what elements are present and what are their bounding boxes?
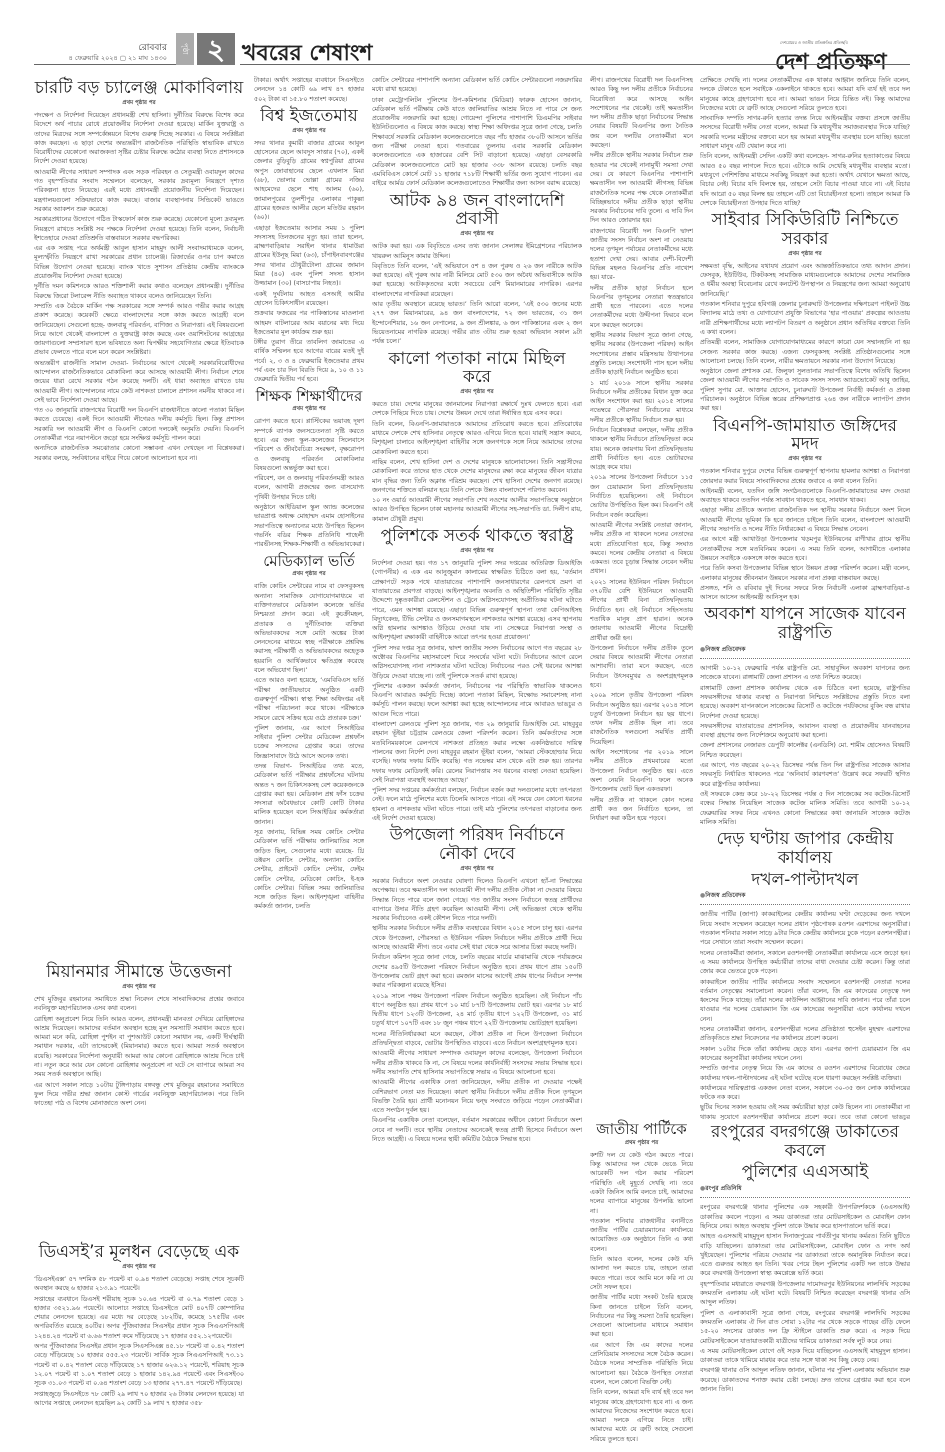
paragraph: বিবৃতিতে তিনি বলেন, ‘এই অভিযানে ৫শ ৪ জন … bbox=[372, 262, 582, 299]
paragraph: এর আগে মন্ত্রী আখাউড়া উপজেলার খড়মপুর ই… bbox=[700, 535, 910, 563]
divider bbox=[700, 658, 910, 659]
paragraph: দলের নেতাকর্মীরা জানান, সকালে রওশনপন্থী … bbox=[700, 949, 910, 977]
paragraph: এছাড়া দলীয় প্রতীকে অন্যান্য রাজনৈতিক দ… bbox=[700, 506, 910, 534]
paragraph: আইনমন্ত্রী বলেন, যতদিন জঙ্গি সংগঠনগুলোকে… bbox=[700, 487, 910, 506]
continued-label: প্রথম পৃষ্ঠার পর bbox=[254, 127, 364, 136]
paragraph: দলীয় প্রতীক না থাকলে কোন দলের প্রার্থী … bbox=[590, 796, 693, 824]
paragraph: রাজপথের বিরোধী দল বিএনপি দ্বাদশ জাতীয় স… bbox=[590, 227, 693, 283]
paragraph: আগামী ১০-১২ ফেব্রুয়ারি পর্যন্ত রাষ্ট্রপ… bbox=[700, 664, 910, 683]
article-myanmar: মিয়ানমার সীমান্তে উত্তেজনা প্রথম পৃষ্ঠা… bbox=[34, 960, 244, 1230]
paragraph: দলীয় প্রতীকে স্থানীয় সরকার নির্বাচন শু… bbox=[590, 151, 693, 225]
paragraph: ওই সফরকে কেন্দ্র করে ১৮-২২ ডিসেম্বর পর্য… bbox=[700, 790, 910, 827]
paragraph: জাতীয় পার্টির মধ্যে সংকট তৈরি হয়েছে কি… bbox=[590, 1293, 693, 1339]
paragraph: পদক্ষেপ ও নির্দেশনা দিয়েছেন প্রধানমন্ত্… bbox=[34, 111, 244, 167]
divider bbox=[700, 1197, 910, 1198]
paragraph: টঙ্গীর তুরাগ তীরে তাবলিগ জামাতের এ বার্ষ… bbox=[254, 338, 364, 384]
page-label: পৃষ্ঠা bbox=[176, 33, 194, 65]
article-local-election: লীগ। রাজপথের বিরোধী দল বিএনপিসহ আরও কিছু… bbox=[590, 76, 693, 823]
paragraph: তিনি আরও বলেন, দলের কেউ যদি আলাদা দল করত… bbox=[590, 1255, 693, 1292]
paragraph: পুলিশের একজন কর্মকর্তা জানান, নির্বাচনের… bbox=[372, 682, 582, 719]
continued-label: প্রথম পৃষ্ঠার পর bbox=[372, 547, 582, 556]
paragraph: এতে আরও বলা হয়েছে, ‘এমবিবিএস ভর্তি পরীক… bbox=[254, 676, 364, 722]
paragraph: উপজেলা নির্বাচনে দলীয় প্রতীক তুলে দেয়া… bbox=[590, 644, 693, 690]
paragraph: কশটি দল যে কেউ গঠন করতে পারে। কিন্তু আমা… bbox=[590, 1151, 693, 1216]
article-cyber: সাইবার সিকিউরিটি নিশ্চিতে সরকার প্রথম পৃ… bbox=[700, 211, 910, 413]
paragraph: সফরসঙ্গীদের যাতায়াতের প্রশাসনিক, আবাসন … bbox=[700, 722, 910, 741]
paragraph: সকাল ১০টার দিকে তাঁরা কার্যালয় ছেড়ে যা… bbox=[700, 1045, 910, 1064]
paragraph: কার্যালয়ের দায়িত্বপ্রাপ্ত একজন নেতা বল… bbox=[700, 1084, 910, 1103]
paragraph: কোচিং সেন্টারের পাশাপাশি অন্যান্য মেডিকা… bbox=[372, 76, 582, 95]
article-upazila: উপজেলা পরিষদ নির্বাচনে নৌকা দেবে প্রথম প… bbox=[372, 826, 582, 1144]
masthead-rule-right bbox=[240, 64, 910, 65]
issue-date: ৪ ফেব্রুয়ারি ২০২৪ ▢ ২১ মাঘ ১৪৩০ bbox=[69, 53, 167, 64]
paragraph: শেখ মুজিবুর রহমানের সমাধিতে শ্রদ্ধা নিবে… bbox=[34, 995, 244, 1014]
article-sajek: অবকাশ যাপনে সাজেক যাবেন রাষ্ট্রপতি নিজস্… bbox=[700, 605, 910, 827]
continued-label: প্রথম পৃষ্ঠার পর bbox=[34, 99, 244, 108]
paragraph: ২০১৯ সালে পঞ্চম উপজেলা পরিষদ নির্বাচন অন… bbox=[372, 992, 582, 1029]
headline: কালো পতাকা নামে মিছিল করে bbox=[372, 350, 582, 387]
paragraph: অভ্যন্তরীণ রাজনীতি সামাল দেওয়া- নির্বাচ… bbox=[34, 359, 244, 405]
headline: আটক ৯৪ জন বাংলাদেশি প্রবাসী bbox=[372, 192, 582, 229]
section-title: খবরের শেষাংশ bbox=[242, 36, 372, 73]
article-dse: ডিএসই’র মূলধন বেড়েছে এক প্রথম পৃষ্ঠার প… bbox=[34, 1240, 244, 1452]
paragraph: টাকার। অর্থাৎ সপ্তাহের ব্যবধানে সিএসইতে … bbox=[254, 76, 364, 104]
headline: জাতীয় পার্টিকে bbox=[590, 1121, 693, 1138]
headline: সাইবার সিকিউরিটি নিশ্চিতে সরকার bbox=[700, 211, 910, 248]
paragraph: স্থানীয় সরকার বিভাগ সূত্রে জানা গেছে, স… bbox=[590, 331, 693, 377]
paragraph: পরে তিনি কসবা উপজেলার বিভিন্ন স্থানে উন্… bbox=[700, 564, 910, 583]
paragraph: শুক্রবার ফজরের পর পাকিস্তানের মাওলানা আহ… bbox=[254, 309, 364, 337]
paragraph: অনুষ্ঠানে জেলা প্রশাসক মো. জিলুফা সুলতান… bbox=[700, 367, 910, 413]
paragraph: দলের নীতিনির্ধারকরা মনে করছেন, নৌকা প্রত… bbox=[372, 1030, 582, 1049]
continued-label: প্রথম পৃষ্ঠার পর bbox=[372, 865, 582, 874]
paragraph: সপ্তাহজুড়ে সিএসইতে ৭৮ কোটি ২৯ লাখ ৭০ হা… bbox=[34, 1390, 244, 1409]
paragraph: পুলিশ সদর দপ্তর সূত্র জানায়, দ্বাদশ জাত… bbox=[372, 644, 582, 681]
paragraph: পুলিশ জানায়, এর আগে সিআইডির সাইবার পুলি… bbox=[254, 724, 364, 761]
byline: রংপুর প্রতিনিধি bbox=[700, 1184, 910, 1193]
paragraph: ২০১৯ সালের উপজেলা নির্বাচনে ১১৫ জন চেয়া… bbox=[590, 473, 693, 519]
paragraph: আহত এএসআই মাহমুদুল হাসান দিনাজপুরের পার্… bbox=[700, 1232, 910, 1278]
headline: উপজেলা পরিষদ নির্বাচনে নৌকা দেবে bbox=[372, 826, 582, 863]
paragraph: ১০ নং ওয়ার্ড আওয়ামী লীগের সভাপতি শেখ ন… bbox=[372, 496, 582, 524]
continued-label: প্রথম পৃষ্ঠার পর bbox=[372, 388, 582, 397]
paragraph: সম্প্রতি জাপার নেতৃত্ব নিয়ে জি এম কাদের… bbox=[700, 1064, 910, 1083]
headline-line-1: রংপুরের বদরগঞ্জে ডাকাতের কবলে bbox=[700, 1123, 910, 1160]
paragraph: ১ মার্চ ২০১৬ সালে স্থানীয় সরকার নির্বাচ… bbox=[590, 379, 693, 425]
paragraph: কাকরাইলে জাতীয় পার্টির কার্যালয়ে সংবাদ… bbox=[700, 978, 910, 1024]
paragraph: নির্বাচন কমিশন সূত্রে জানা গেছে, চলতি বছ… bbox=[372, 953, 582, 990]
paragraph: করতে চায়। দেশের মানুষের জানমালের নিরাপত… bbox=[372, 400, 582, 419]
paragraph: গত ৩০ জানুয়ারি রাজপথের বিরোধী দল বিএনপি… bbox=[34, 406, 244, 443]
paragraph: বৃহস্পতিবার মধ্যরাতে বদরগঞ্জ উপজেলার দাম… bbox=[700, 1280, 910, 1308]
masthead-rule-left bbox=[34, 64, 176, 65]
paragraph: গতকাল শনিবার রাজধানীর বনানীতে জাতীয় পার… bbox=[590, 1217, 693, 1254]
paragraph: নাছিম বলেন, শেখ হাসিনা দেশ ও দেশের মানুষ… bbox=[372, 458, 582, 495]
paragraph: বাজি কোচিং সেন্টারের নামে বা ফেসবুকসহ অন… bbox=[254, 582, 364, 675]
paragraph: সক্ষমতা বৃদ্ধি, আইনের যথাযথ প্রয়োগ এবং … bbox=[700, 262, 910, 299]
paragraph: আইন সংশোধনের পর ২০১৯ সালে দলীয় প্রতীকে … bbox=[590, 748, 693, 794]
divider bbox=[700, 904, 910, 905]
paragraph: সদর থানার কুমারী বাজার গ্রামের আবুল হোসে… bbox=[254, 139, 364, 223]
paragraph: আওয়ামী লীগের সাধারণ সম্পাদক এবং সড়ক পর… bbox=[34, 168, 244, 214]
paragraph: রোহিঙ্গা অনুপ্রবেশ নিয়ে তিনি আরও বলেন, … bbox=[34, 1015, 244, 1080]
paragraph: ঢাকা মেট্রোপলিটন পুলিশের উপ-কমিশনার (মিড… bbox=[372, 96, 582, 189]
paragraph: ২০০৯ সালে তৃতীয় উপজেলা পরিষদ নির্বাচন অ… bbox=[590, 691, 693, 747]
paragraph: বিএনপির একাধিক নেতা বলেছেন, বর্তমান সরকা… bbox=[372, 1116, 582, 1144]
paragraph: এর এক সপ্তাহ পরে অর্থমন্ত্রী আবুল হাসান … bbox=[34, 244, 244, 281]
headline: চারটি বড় চ্যালেঞ্জ মোকাবিলায় bbox=[34, 79, 244, 98]
masthead: রোববার ৪ ফেব্রুয়ারি ২০২৪ ▢ ২১ মাঘ ১৪৩০ … bbox=[0, 0, 945, 64]
paragraph: পুলিশ ও এলাকাবাসী সূত্রে জানা গেছে, রংপু… bbox=[700, 1309, 910, 1346]
byline: নিজস্ব প্রতিবেদক bbox=[700, 891, 910, 900]
column-2: টাকার। অর্থাৎ সপ্তাহের ব্যবধানে সিএসইতে … bbox=[254, 76, 364, 1451]
paragraph: আর তৃতীয় অবস্থানে রয়েছে ভারত।’ তিনি আর… bbox=[372, 300, 582, 346]
byline: নিজস্ব প্রতিবেদক bbox=[700, 645, 910, 654]
paragraph: এ সময় মোটরসাইকেল যোগে ওই সড়ক দিয়ে যাচ… bbox=[700, 1347, 910, 1366]
paragraph: সরকারপ্রধানের উদ্যোগে গঠিত টাস্কফোর্স কা… bbox=[34, 215, 244, 243]
paragraph: সরকার নির্বাচনে অংশ নেওয়ার ঘোষণা দিলেও … bbox=[372, 877, 582, 923]
paragraph: অনুষ্ঠানে আইডিয়াল স্কুল অ্যান্ড কলেজের … bbox=[254, 503, 364, 549]
headline-line-2: দখল-পাল্টাদখল bbox=[700, 871, 910, 890]
paragraph: বাংলাদেশ রেলওয়ে পুলিশ সূত্র জানায়, গত … bbox=[372, 720, 582, 785]
continued-label: প্রথম পৃষ্ঠার পর bbox=[254, 570, 364, 579]
article-expat: আটক ৯৪ জন বাংলাদেশি প্রবাসী প্রথম পৃষ্ঠা… bbox=[372, 192, 582, 347]
paragraph: তিনি বলেন, আইনমন্ত্রী সেদিন একটি কথা বলে… bbox=[700, 152, 910, 208]
article-teachers: শিক্ষক শিক্ষার্থীদের প্রথম পৃষ্ঠার পর রো… bbox=[254, 388, 364, 550]
article-police: পুলিশকে সতর্ক থাকতে স্বরাষ্ট্র প্রথম পৃষ… bbox=[372, 527, 582, 823]
article-bnp-jamaat: বিএনপি-জামায়াত জঙ্গিদের মদদ প্রথম পৃষ্ঠ… bbox=[700, 417, 910, 603]
paragraph: প্রসঙ্গত, শনি ও রবিবার দুই দিনের সফরে নি… bbox=[700, 584, 910, 603]
paragraph: দলীয় প্রতীক ছাড়া নির্বাচন হলে বিএনপির … bbox=[590, 284, 693, 330]
paragraph: সপ্তাহের ব্যবধানে ডিএসই শরীয়াহ সূচক ১০.… bbox=[34, 1295, 244, 1341]
article-black-flag: কালো পতাকা নামে মিছিল করে প্রথম পৃষ্ঠার … bbox=[372, 350, 582, 525]
paragraph: পরিবেশ, বন ও জলবায়ু পরিবর্তনমন্ত্রী আরও… bbox=[254, 474, 364, 502]
paragraph: সম্প্রতি এক বৈঠকে মার্কিন পক্ষ সরকারের স… bbox=[34, 302, 244, 358]
paragraph: অন্যদিকে রাজনৈতিক সমঝোতার কোনো সম্ভাবনা … bbox=[34, 444, 244, 463]
continued-label: প্রথম পৃষ্ঠার পর bbox=[372, 230, 582, 239]
paragraph: রাঙ্গামাটি জেলা প্রশাসক কার্যালয় থেকে এ… bbox=[700, 684, 910, 721]
headline: অবকাশ যাপনে সাজেক যাবেন রাষ্ট্রপতি bbox=[700, 605, 910, 642]
paragraph: জেলা প্রশাসনের নেজারত ডেপুটি কালেক্টর (এ… bbox=[700, 741, 910, 760]
paragraph: রংপুরের বদরগঞ্জে থানার পুলিশের এক সহকারী… bbox=[700, 1203, 910, 1231]
paragraph: জাতীয় পার্টির (জাপা) কাকরাইলের কেন্দ্রী… bbox=[700, 910, 910, 947]
paragraph: লীগ। রাজপথের বিরোধী দল বিএনপিসহ আরও কিছু… bbox=[590, 76, 693, 150]
paragraph: তিনি বলেন, আমরা যদি ব্যর্থ হই তবে দল মান… bbox=[590, 1388, 693, 1444]
paragraph: ‘ডিএসইএক্স’ ৫৭ দশমিক ৫৮ পয়েন্ট বা ০.৯৪ … bbox=[34, 1275, 244, 1294]
paragraph: দলের নেতাকর্মীরা জানান, রওশনপন্থীরা দলের… bbox=[700, 1025, 910, 1044]
column-3: কোচিং সেন্টারের পাশাপাশি অন্যান্য মেডিকা… bbox=[372, 76, 582, 1451]
paragraph: বদরগঞ্জ থানার ওসি আব্দুল লতিফ জানান, ঘটন… bbox=[700, 1366, 910, 1394]
headline-line-1: দেড় ঘণ্টায় জাপার কেন্দ্রীয় কার্যালয় bbox=[700, 830, 910, 867]
article-ijtema: বিশ্ব ইজতেমায় প্রথম পৃষ্ঠার পর সদর থানা… bbox=[254, 107, 364, 385]
paragraph: একই দুর্ঘটনায় আহত এসআই আমীর হোসেন চিকিৎ… bbox=[254, 290, 364, 309]
continued-label: প্রথম পৃষ্ঠার পর bbox=[34, 1263, 244, 1272]
paragraph: প্রেক্ষিতে দেখছি না। দলের নেতাকর্মীদের এ… bbox=[700, 76, 910, 113]
paragraph: অপর পুঁজিবাজার সিএসইর প্রধান সূচক সিএসসি… bbox=[34, 1342, 244, 1388]
paragraph: আওয়ামী লীগের সংশ্লিষ্ট নেতারা জানান, দল… bbox=[590, 521, 693, 577]
continued-label: প্রথম পৃষ্ঠার পর bbox=[700, 250, 910, 259]
headline: শিক্ষক শিক্ষার্থীদের bbox=[254, 388, 364, 405]
headline: মেডিক্যাল ভর্তি bbox=[254, 553, 364, 570]
continued-label: প্রথম পৃষ্ঠার পর bbox=[590, 1139, 693, 1148]
paragraph: এর আগে, গত বছরের ২০-২২ ডিসেম্বর পর্যন্ত … bbox=[700, 761, 910, 789]
paragraph: সূত্র জানায়, বিভিন্ন সময় কোচিং সেন্টার… bbox=[254, 828, 364, 912]
continued-label: প্রথম পৃষ্ঠার পর bbox=[700, 455, 910, 464]
paragraph: আওয়ামী লীগের সাধারণ সম্পাদক ওবায়দুল কা… bbox=[372, 1049, 582, 1077]
paragraph: আটক করা হয়। এক বিবৃতিতে এসব তথ্য জানান … bbox=[372, 242, 582, 261]
page-number: ২ bbox=[197, 33, 235, 65]
paragraph: এছাড়া ইজতেমায় আসার সময় ১ পুলিশ সদস্যস… bbox=[254, 224, 364, 289]
paragraph: নির্দেশনা দেওয়া হয়। গত ১৭ জানুয়ারি পু… bbox=[372, 559, 582, 643]
paragraph: সাংবাদিক দম্পতি সাগর-রুনি হত্যার তদন্ত ন… bbox=[700, 114, 910, 151]
headline: বিএনপি-জামায়াত জঙ্গিদের মদদ bbox=[700, 417, 910, 454]
article-rangpur: রংপুরের বদরগঞ্জে ডাকাতের কবলে পুলিশের এএ… bbox=[700, 1120, 910, 1452]
article-jatiya-party: জাতীয় পার্টিকে প্রথম পৃষ্ঠার পর কশটি দল… bbox=[590, 1118, 693, 1452]
paragraph: গতকাল শনিবার দুপুরে হবিগঞ্জ জেলার চুনারু… bbox=[700, 300, 910, 337]
paragraph: ২০২১ সালের ইউনিয়ন পরিষদ নির্বাচনে ৩৭০টি… bbox=[590, 578, 693, 643]
headline: বিশ্ব ইজতেমায় bbox=[254, 107, 364, 126]
paragraph: তদন্ত বিভাগ- সিআইডির তথ্য মতে, মেডিকাল ভ… bbox=[254, 762, 364, 827]
paragraph: এর আগে জি এম কাদের দলের প্রেসিডিয়াম সদস… bbox=[590, 1341, 693, 1387]
paragraph: তিনি বলেন, বিএনপি-জামায়াতকে আমাদের প্রত… bbox=[372, 420, 582, 457]
paragraph: গতকাল শনিবার দুপুরে দেশের বিভিন্ন গুরুত্… bbox=[700, 467, 910, 486]
headline: পুলিশকে সতর্ক থাকতে স্বরাষ্ট্র bbox=[372, 527, 582, 546]
continued-label: প্রথম পৃষ্ঠার পর bbox=[254, 405, 364, 414]
article-medical: মেডিক্যাল ভর্তি প্রথম পৃষ্ঠার পর বাজি কো… bbox=[254, 553, 364, 912]
paragraph: এর আগে সকাল সাড়ে ১০টায় টুঙ্গিপাড়ায় ব… bbox=[34, 1081, 244, 1109]
paragraph: পুলিশ সদর দপ্তরের কর্মকর্তারা বলছেন, নির… bbox=[372, 786, 582, 823]
paragraph: প্রতিমন্ত্রী বলেন, সামাজিক যোগাযোগমাধ্যম… bbox=[700, 338, 910, 366]
paragraph: নির্বাচন বিশ্লেষকরা বলছেন, দলীয় প্রতীক … bbox=[590, 426, 693, 472]
article-challenge: চারটি বড় চ্যালেঞ্জ মোকাবিলায় প্রথম পৃষ… bbox=[34, 79, 244, 463]
headline: মিয়ানমার সীমান্তে উত্তেজনা bbox=[34, 963, 244, 982]
paragraph: স্থানীয় সরকার নির্বাচনে দলীয় প্রতীক ব্… bbox=[372, 924, 582, 952]
continued-label: প্রথম পৃষ্ঠার পর bbox=[34, 983, 244, 992]
headline-line-2: পুলিশের এএসআই bbox=[700, 1163, 910, 1182]
headline: ডিএসই’র মূলধন বেড়েছে এক bbox=[34, 1243, 244, 1262]
paragraph: দুর্নীতি দমন কমিশনকে আরও শক্তিশালী করার … bbox=[34, 282, 244, 301]
paragraph: আওয়ামী লীগের একাধিক নেতা জানিয়েছেন, দল… bbox=[372, 1078, 582, 1115]
paragraph: রোপণ করতে হবে। প্লাস্টিকের ভয়াবহ দূষণ স… bbox=[254, 417, 364, 473]
